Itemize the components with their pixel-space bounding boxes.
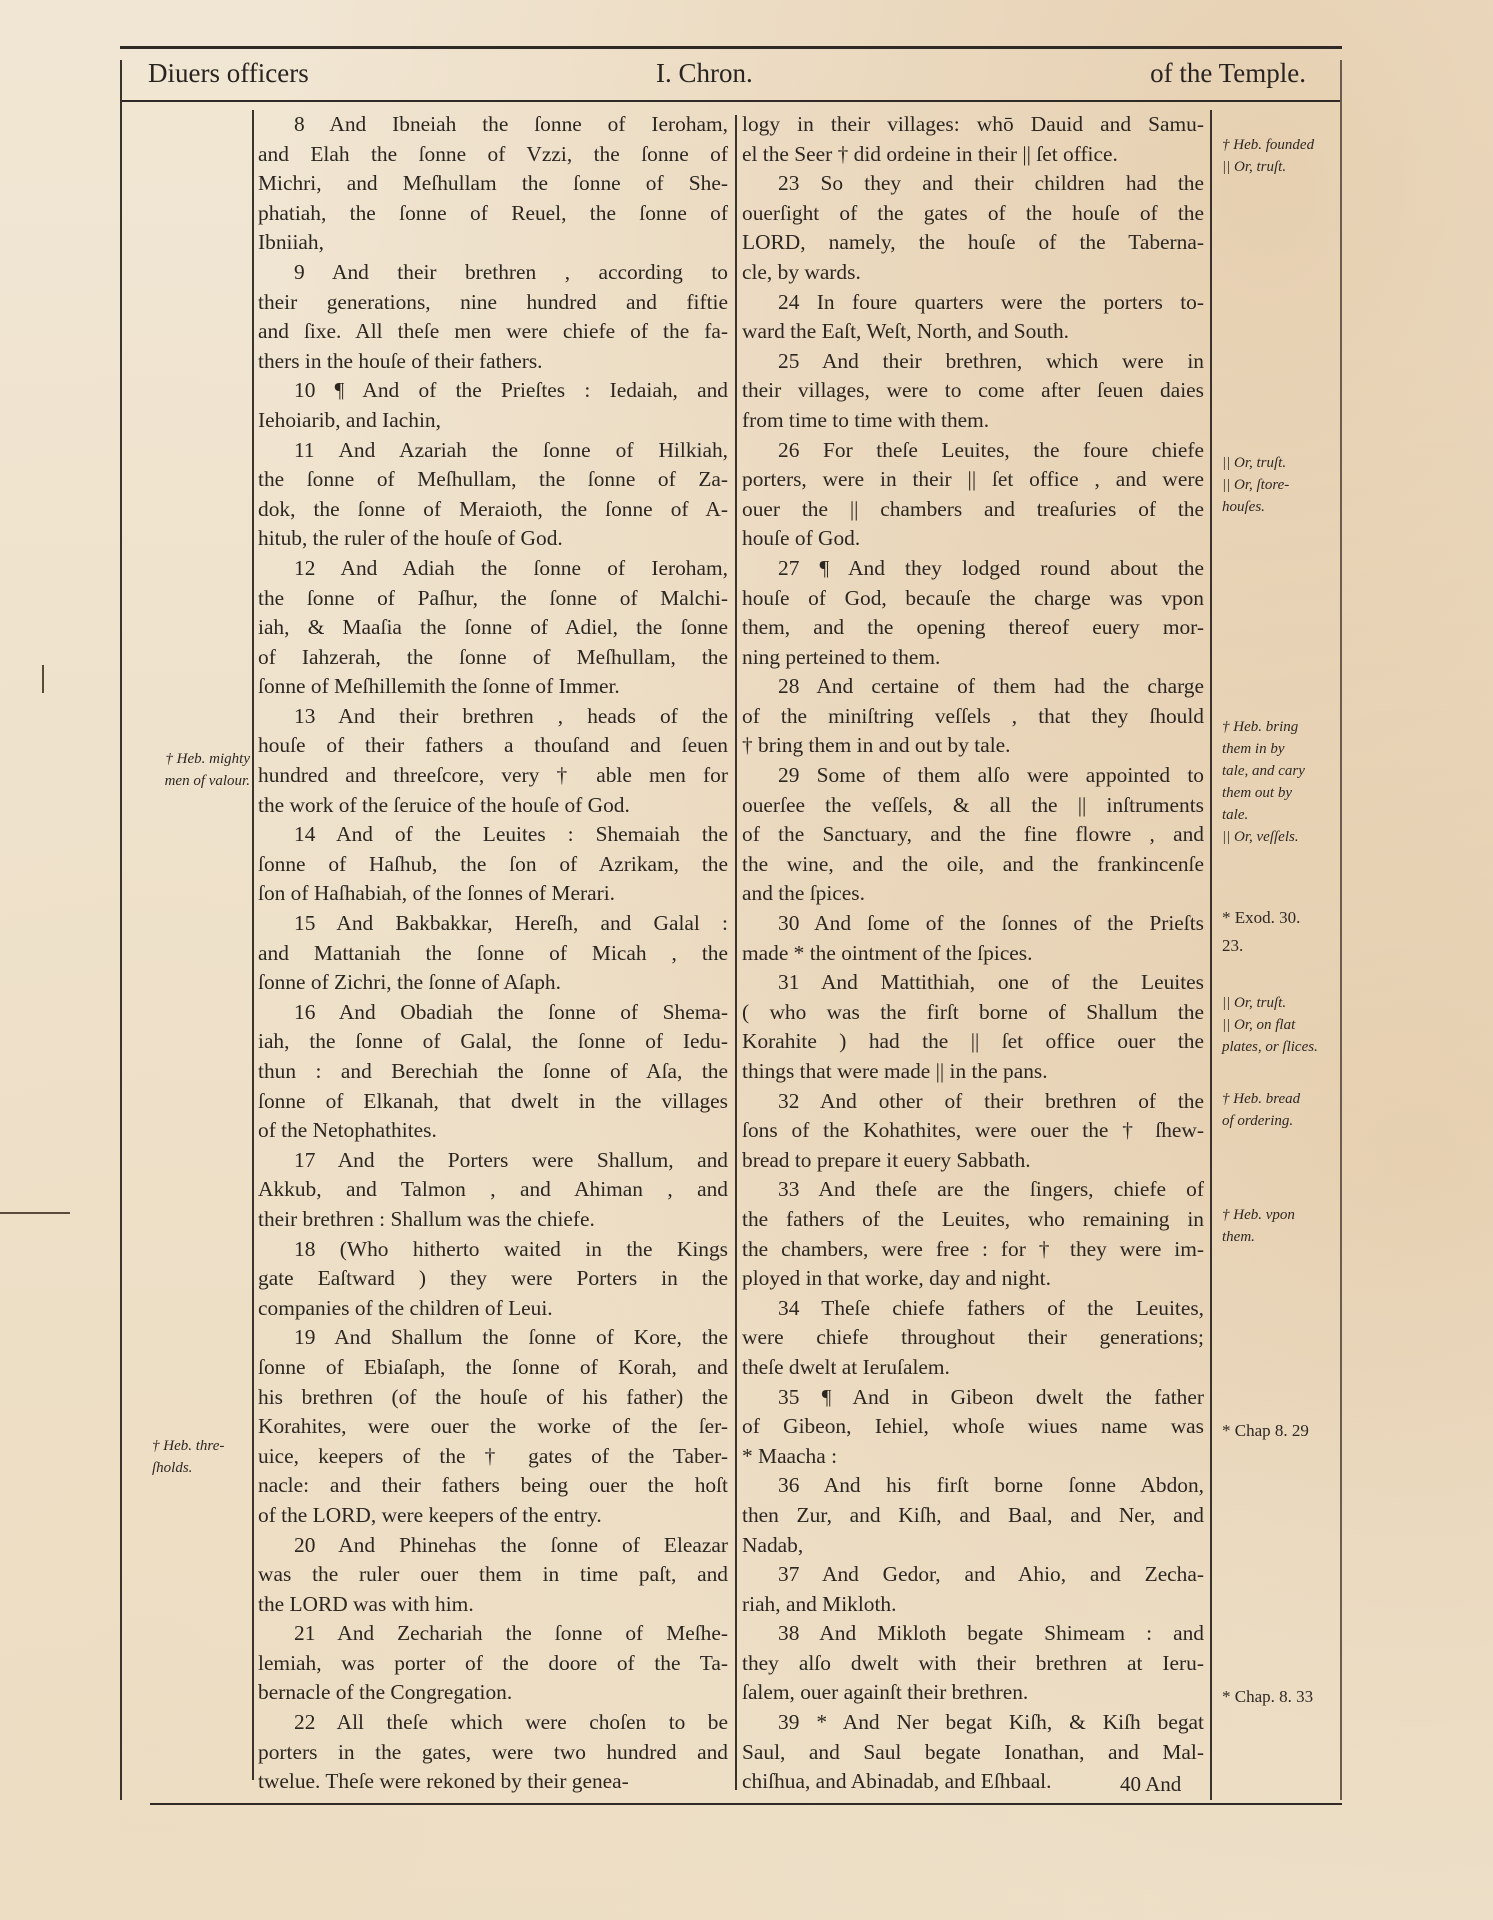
text-line: el the Seer † did ordeine in their || ſe… — [742, 140, 1204, 170]
text-line: 38 And Mikloth begate Shimeam : and — [742, 1619, 1204, 1649]
text-line: 34 Theſe chiefe fathers of the Leuites, — [742, 1294, 1204, 1324]
text-line: ployed in that worke, day and night. — [742, 1264, 1204, 1294]
text-line: lemiah, was porter of the doore of the T… — [258, 1649, 728, 1679]
verse-paragraph: 16 And Obadiah the ſonne of Shema-iah, t… — [258, 998, 728, 1146]
left-margin-note: † Heb. thre- ſholds. — [152, 1435, 224, 1479]
text-line: 15 And Bakbakkar, Hereſh, and Galal : — [258, 909, 728, 939]
left-text-column: 8 And Ibneiah the ſonne of Ieroham,and E… — [258, 110, 728, 1797]
text-line: twelue. Theſe were rekoned by their gene… — [258, 1767, 728, 1797]
text-line: Nadab, — [742, 1531, 1204, 1561]
left-margin-note: † Heb. mighty men of valour. — [138, 748, 250, 792]
text-line: porters in the gates, were two hundred a… — [258, 1738, 728, 1768]
text-line: 24 In foure quarters were the porters to… — [742, 288, 1204, 318]
text-line: ouerſee the veſſels, & all the || inſtru… — [742, 791, 1204, 821]
right-margin-note: * Chap. 8. 33 — [1222, 1686, 1313, 1708]
text-line: dok, the ſonne of Meraioth, the ſonne of… — [258, 495, 728, 525]
verse-paragraph: 38 And Mikloth begate Shimeam : andthey … — [742, 1619, 1204, 1708]
text-line: his brethren (of the houſe of his father… — [258, 1383, 728, 1413]
text-line: 39 * And Ner begat Kiſh, & Kiſh begat — [742, 1708, 1204, 1738]
verse-paragraph: 14 And of the Leuites : Shemaiah theſonn… — [258, 820, 728, 909]
text-line: iah, & Maaſia the ſonne of Adiel, the ſo… — [258, 613, 728, 643]
text-line: of the Netophathites. — [258, 1116, 728, 1146]
verse-paragraph: 36 And his firſt borne ſonne Abdon,then … — [742, 1471, 1204, 1560]
header-bottom-rule — [120, 100, 1342, 102]
text-line: † bring them in and out by tale. — [742, 731, 1204, 761]
verse-paragraph: 9 And their brethren , according totheir… — [258, 258, 728, 376]
text-line: ouer the || chambers and treaſuries of t… — [742, 495, 1204, 525]
text-line: the chambers, were free : for † they wer… — [742, 1235, 1204, 1265]
text-line: 28 And certaine of them had the charge — [742, 672, 1204, 702]
text-line: of the Sanctuary, and the fine flowre , … — [742, 820, 1204, 850]
verse-paragraph: 17 And the Porters were Shallum, andAkku… — [258, 1146, 728, 1235]
text-line: ſons of the Kohathites, were ouer the † … — [742, 1116, 1204, 1146]
text-line: 18 (Who hitherto waited in the Kings — [258, 1235, 728, 1265]
text-line: bread to prepare it euery Sabbath. — [742, 1146, 1204, 1176]
verse-paragraph: 22 All theſe which were choſen to beport… — [258, 1708, 728, 1797]
text-line: the work of the ſeruice of the houſe of … — [258, 791, 728, 821]
text-line: then Zur, and Kiſh, and Baal, and Ner, a… — [742, 1501, 1204, 1531]
text-line: they alſo dwelt with their brethren at I… — [742, 1649, 1204, 1679]
text-line: Ibniiah, — [258, 228, 728, 258]
right-margin-note: || Or, truſt. || Or, on flat plates, or … — [1222, 992, 1318, 1058]
text-line: LORD, namely, the houſe of the Taberna- — [742, 228, 1204, 258]
header-left: Diuers officers — [148, 58, 309, 89]
text-line: thun : and Berechiah the ſonne of Aſa, t… — [258, 1057, 728, 1087]
center-column-rule — [735, 115, 737, 1790]
text-line: 29 Some of them alſo were appointed to — [742, 761, 1204, 791]
text-line: ſonne of Meſhillemith the ſonne of Immer… — [258, 672, 728, 702]
text-line: 8 And Ibneiah the ſonne of Ieroham, — [258, 110, 728, 140]
text-line: ward the Eaſt, Weſt, North, and South. — [742, 317, 1204, 347]
text-line: uice, keepers of the † gates of the Tabe… — [258, 1442, 728, 1472]
text-line: ouerſight of the gates of the houſe of t… — [742, 199, 1204, 229]
text-line: 19 And Shallum the ſonne of Kore, the — [258, 1323, 728, 1353]
text-line: their villages, were to come after ſeuen… — [742, 376, 1204, 406]
verse-paragraph: 30 And ſome of the ſonnes of the Prieſts… — [742, 909, 1204, 968]
text-line: houſe of God. — [742, 524, 1204, 554]
text-line: 11 And Azariah the ſonne of Hilkiah, — [258, 436, 728, 466]
right-margin-note: || Or, truſt. || Or, ſtore- houſes. — [1222, 452, 1289, 518]
verse-paragraph: 29 Some of them alſo were appointed toou… — [742, 761, 1204, 909]
verse-paragraph: 11 And Azariah the ſonne of Hilkiah,the … — [258, 436, 728, 554]
text-line: 17 And the Porters were Shallum, and — [258, 1146, 728, 1176]
verse-paragraph: 28 And certaine of them had the chargeof… — [742, 672, 1204, 761]
text-line: 33 And theſe are the ſingers, chiefe of — [742, 1175, 1204, 1205]
text-line: was the ruler ouer them in time paſt, an… — [258, 1560, 728, 1590]
right-margin-note: * Exod. 30. 23. — [1222, 904, 1300, 960]
text-line: 9 And their brethren , according to — [258, 258, 728, 288]
verse-paragraph: 33 And theſe are the ſingers, chiefe oft… — [742, 1175, 1204, 1293]
verse-paragraph: 31 And Mattithiah, one of the Leuites( w… — [742, 968, 1204, 1086]
text-line: houſe of God, becauſe the charge was vpo… — [742, 584, 1204, 614]
text-line: of Iahzerah, the ſonne of Meſhullam, the — [258, 643, 728, 673]
right-margin-note: † Heb. bread of ordering. — [1222, 1088, 1300, 1132]
text-line: ſon of Haſhabiah, of the ſonnes of Merar… — [258, 879, 728, 909]
text-line: hundred and threeſcore, very † able men … — [258, 761, 728, 791]
text-line: 21 And Zechariah the ſonne of Meſhe- — [258, 1619, 728, 1649]
text-line: Saul, and Saul begate Ionathan, and Mal- — [742, 1738, 1204, 1768]
right-column-rule — [1210, 110, 1212, 1800]
text-line: and Mattaniah the ſonne of Micah , the — [258, 939, 728, 969]
text-line: phatiah, the ſonne of Reuel, the ſonne o… — [258, 199, 728, 229]
text-line: the wine, and the oile, and the frankinc… — [742, 850, 1204, 880]
verse-paragraph: 37 And Gedor, and Ahio, and Zecha-riah, … — [742, 1560, 1204, 1619]
verse-paragraph: 19 And Shallum the ſonne of Kore, theſon… — [258, 1323, 728, 1530]
text-line: 35 ¶ And in Gibeon dwelt the father — [742, 1383, 1204, 1413]
text-line: 13 And their brethren , heads of the — [258, 702, 728, 732]
text-line: ſonne of Zichri, the ſonne of Aſaph. — [258, 968, 728, 998]
text-line: companies of the children of Leui. — [258, 1294, 728, 1324]
text-line: 27 ¶ And they lodged round about the — [742, 554, 1204, 584]
right-margin-note: † Heb. founded || Or, truſt. — [1222, 134, 1314, 178]
text-line: things that were made || in the pans. — [742, 1057, 1204, 1087]
verse-paragraph: 15 And Bakbakkar, Hereſh, and Galal :and… — [258, 909, 728, 998]
text-line: Korahite ) had the || ſet office ouer th… — [742, 1027, 1204, 1057]
verse-paragraph: 35 ¶ And in Gibeon dwelt the fatherof Gi… — [742, 1383, 1204, 1472]
text-line: 22 All theſe which were choſen to be — [258, 1708, 728, 1738]
text-line: porters, were in their || ſet office , a… — [742, 465, 1204, 495]
right-margin-note: † Heb. bring them in by tale, and cary t… — [1222, 716, 1305, 848]
text-line: iah, the ſonne of Galal, the ſonne of Ie… — [258, 1027, 728, 1057]
text-line: thers in the houſe of their fathers. — [258, 347, 728, 377]
text-line: logy in their villages: whō Dauid and Sa… — [742, 110, 1204, 140]
text-line: them, and the opening thereof euery mor- — [742, 613, 1204, 643]
verse-paragraph: 25 And their brethren, which were inthei… — [742, 347, 1204, 436]
text-line: ſonne of Ebiaſaph, the ſonne of Korah, a… — [258, 1353, 728, 1383]
text-line: cle, by wards. — [742, 258, 1204, 288]
text-line: hitub, the ruler of the houſe of God. — [258, 524, 728, 554]
text-line: the LORD was with him. — [258, 1590, 728, 1620]
text-line: riah, and Mikloth. — [742, 1590, 1204, 1620]
text-line: ( who was the firſt borne of Shallum the — [742, 998, 1204, 1028]
verse-paragraph: 21 And Zechariah the ſonne of Meſhe-lemi… — [258, 1619, 728, 1708]
text-line: Iehoiarib, and Iachin, — [258, 406, 728, 436]
header-center: I. Chron. — [656, 58, 753, 89]
text-line: the ſonne of Paſhur, the ſonne of Malchi… — [258, 584, 728, 614]
header-right: of the Temple. — [1150, 58, 1306, 89]
top-rule — [120, 46, 1342, 49]
verse-paragraph: 26 For theſe Leuites, the foure chiefepo… — [742, 436, 1204, 554]
text-line: were chiefe throughout their generations… — [742, 1323, 1204, 1353]
verse-paragraph: 34 Theſe chiefe fathers of the Leuites,w… — [742, 1294, 1204, 1383]
text-line: from time to time with them. — [742, 406, 1204, 436]
bottom-rule — [150, 1803, 1342, 1805]
right-frame-rule — [1340, 60, 1342, 1800]
text-line: of the miniſtring veſſels , that they ſh… — [742, 702, 1204, 732]
text-line: ſalem, ouer againſt their brethren. — [742, 1678, 1204, 1708]
text-line: 31 And Mattithiah, one of the Leuites — [742, 968, 1204, 998]
verse-paragraph: 13 And their brethren , heads of thehouſ… — [258, 702, 728, 820]
edge-mark — [0, 1212, 70, 1214]
text-line: Michri, and Meſhullam the ſonne of She- — [258, 169, 728, 199]
left-column-rule — [252, 110, 254, 1780]
text-line: * Maacha : — [742, 1442, 1204, 1472]
verse-paragraph: 23 So they and their children had theoue… — [742, 169, 1204, 287]
catchword: 40 And — [1120, 1772, 1181, 1797]
text-line: gate Eaſtward ) they were Porters in the — [258, 1264, 728, 1294]
verse-paragraph: 8 And Ibneiah the ſonne of Ieroham,and E… — [258, 110, 728, 258]
text-line: bernacle of the Congregation. — [258, 1678, 728, 1708]
text-line: the ſonne of Meſhullam, the ſonne of Za- — [258, 465, 728, 495]
text-line: ning perteined to them. — [742, 643, 1204, 673]
text-line: ſonne of Haſhub, the ſon of Azrikam, the — [258, 850, 728, 880]
text-line: 32 And other of their brethren of the — [742, 1087, 1204, 1117]
text-line: ſonne of Elkanah, that dwelt in the vill… — [258, 1087, 728, 1117]
right-text-column: logy in their villages: whō Dauid and Sa… — [742, 110, 1204, 1797]
text-line: 20 And Phinehas the ſonne of Eleazar — [258, 1531, 728, 1561]
text-line: Korahites, were ouer the worke of the ſe… — [258, 1412, 728, 1442]
text-line: nacle: and their fathers being ouer the … — [258, 1471, 728, 1501]
text-line: their generations, nine hundred and fift… — [258, 288, 728, 318]
verse-paragraph: 32 And other of their brethren of theſon… — [742, 1087, 1204, 1176]
verse-paragraph: 24 In foure quarters were the porters to… — [742, 288, 1204, 347]
verse-paragraph: 10 ¶ And of the Prieſtes : Iedaiah, andI… — [258, 376, 728, 435]
right-margin-note: * Chap 8. 29 — [1222, 1420, 1309, 1442]
verse-paragraph: logy in their villages: whō Dauid and Sa… — [742, 110, 1204, 169]
text-line: the fathers of the Leuites, who remainin… — [742, 1205, 1204, 1235]
text-line: 25 And their brethren, which were in — [742, 347, 1204, 377]
text-line: made * the ointment of the ſpices. — [742, 939, 1204, 969]
text-line: houſe of their fathers a thouſand and ſe… — [258, 731, 728, 761]
text-line: 10 ¶ And of the Prieſtes : Iedaiah, and — [258, 376, 728, 406]
text-line: 12 And Adiah the ſonne of Ieroham, — [258, 554, 728, 584]
text-line: and the ſpices. — [742, 879, 1204, 909]
text-line: 36 And his firſt borne ſonne Abdon, — [742, 1471, 1204, 1501]
running-header: Diuers officers I. Chron. of the Temple. — [148, 54, 1306, 94]
text-line: and Elah the ſonne of Vzzi, the ſonne of — [258, 140, 728, 170]
text-line: of Gibeon, Iehiel, whoſe wiues name was — [742, 1412, 1204, 1442]
verse-paragraph: 12 And Adiah the ſonne of Ieroham,the ſo… — [258, 554, 728, 702]
text-line: 16 And Obadiah the ſonne of Shema- — [258, 998, 728, 1028]
text-line: their brethren : Shallum was the chiefe. — [258, 1205, 728, 1235]
text-line: theſe dwelt at Ieruſalem. — [742, 1353, 1204, 1383]
verse-paragraph: 18 (Who hitherto waited in the Kingsgate… — [258, 1235, 728, 1324]
text-line: 23 So they and their children had the — [742, 169, 1204, 199]
edge-mark — [42, 665, 44, 693]
text-line: and ſixe. All theſe men were chiefe of t… — [258, 317, 728, 347]
text-line: 37 And Gedor, and Ahio, and Zecha- — [742, 1560, 1204, 1590]
text-line: 30 And ſome of the ſonnes of the Prieſts — [742, 909, 1204, 939]
verse-paragraph: 27 ¶ And they lodged round about thehouſ… — [742, 554, 1204, 672]
verse-paragraph: 20 And Phinehas the ſonne of Eleazarwas … — [258, 1531, 728, 1620]
right-margin-note: † Heb. vpon them. — [1222, 1204, 1295, 1248]
text-line: of the LORD, were keepers of the entry. — [258, 1501, 728, 1531]
text-line: 26 For theſe Leuites, the foure chiefe — [742, 436, 1204, 466]
text-line: Akkub, and Talmon , and Ahiman , and — [258, 1175, 728, 1205]
text-line: 14 And of the Leuites : Shemaiah the — [258, 820, 728, 850]
left-frame-rule — [120, 60, 122, 1800]
